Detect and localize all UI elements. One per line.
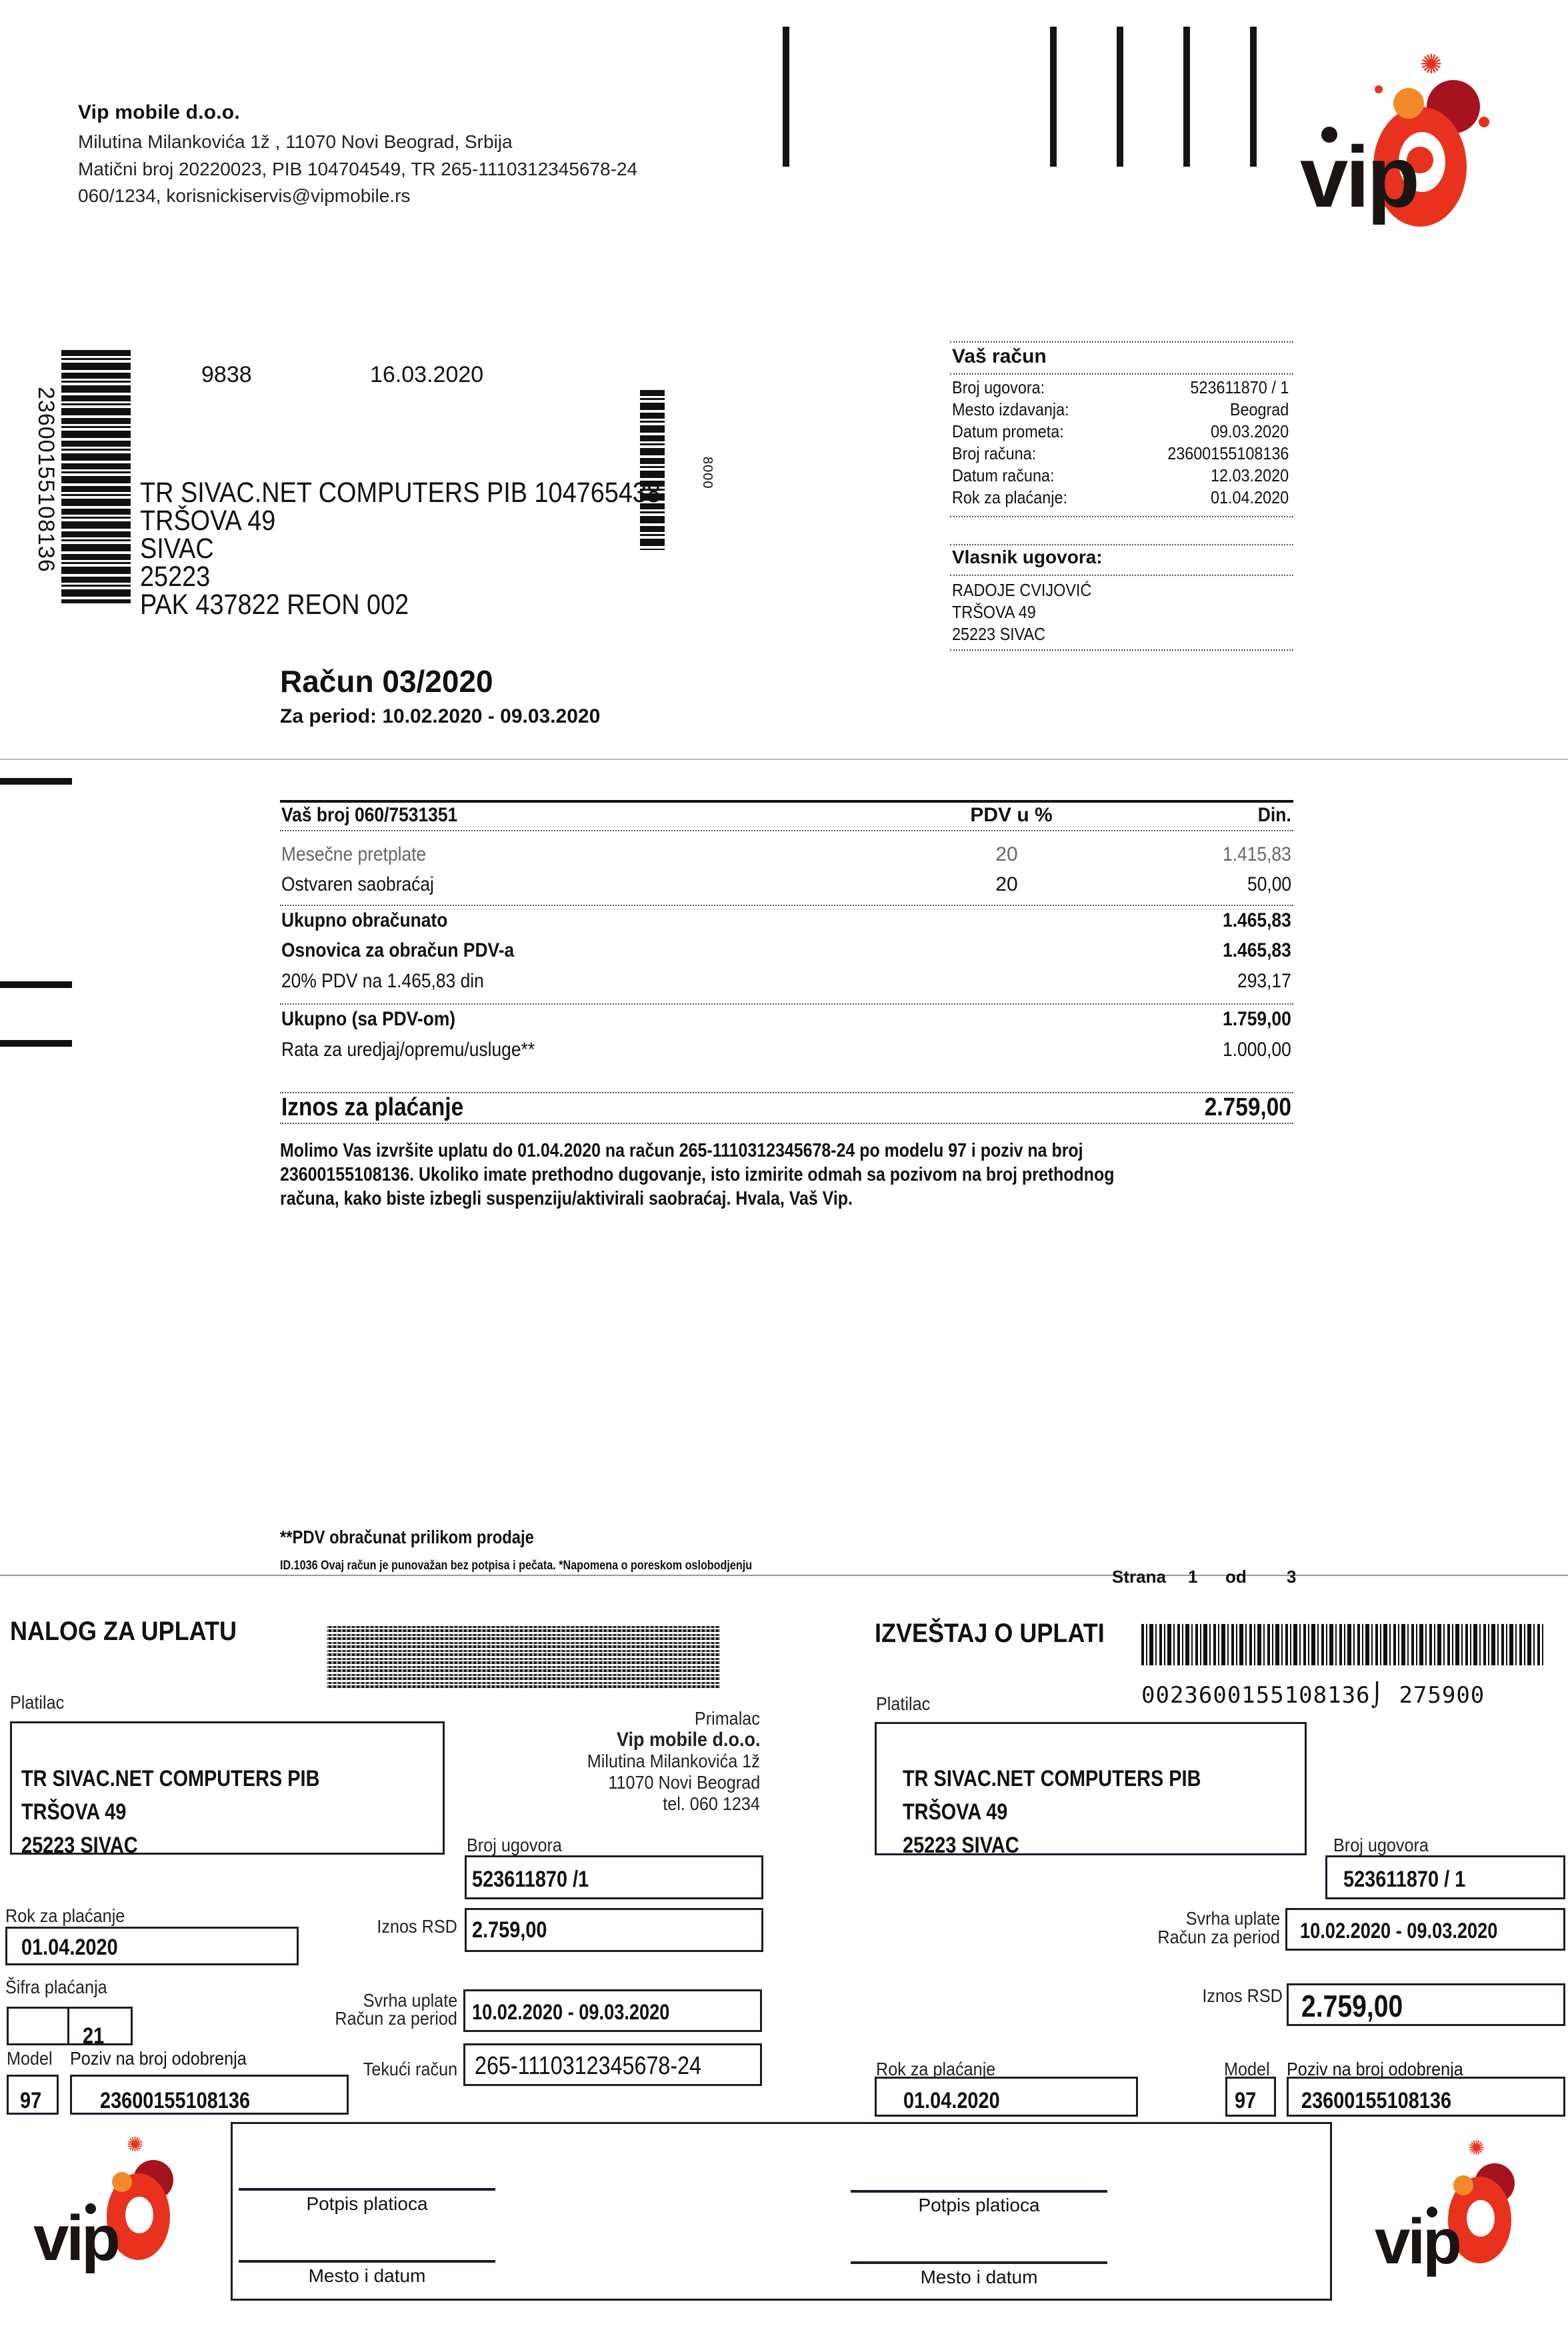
report-contract-label: Broj ugovora [1333, 1835, 1429, 1856]
payer-line: TRŠOVA 49 [21, 1795, 126, 1829]
reference-value: 23600155108136 [100, 2088, 250, 2114]
purpose-label-2: Račun za period [335, 2008, 457, 2029]
recipient-label: Primalac [695, 1708, 760, 1729]
purpose-value: 10.02.2020 - 09.03.2020 [472, 2000, 669, 2025]
payment-code-value: 21 [83, 2023, 104, 2049]
ocr-line: 0023600155108136⌡ 275900 [1141, 1682, 1485, 1709]
registration-mark [1117, 27, 1123, 167]
place-date-line[interactable] [239, 2260, 495, 2263]
account-value: 265-1110312345678-24 [475, 2052, 701, 2081]
margin-mark [0, 1040, 72, 1047]
contract-value: 523611870 /1 [472, 1867, 589, 1893]
small-barcode [640, 390, 665, 550]
company-ids: Matični broj 20220023, PIB 104704549, TR… [78, 159, 637, 180]
page-total: 3 [1287, 1567, 1296, 1587]
report-purpose-label-2: Račun za period [1157, 1927, 1280, 1948]
invoice-info-row: Broj računa:23600155108136 [952, 443, 1289, 464]
invoice-info-row: Mesto izdavanja:Beograd [952, 399, 1289, 420]
report-payer-label: Platilac [876, 1693, 930, 1715]
payment-code-field-1[interactable] [7, 2007, 69, 2045]
signature-label: Potpis platioca [239, 2193, 495, 2215]
model-label: Model [7, 2048, 53, 2069]
page-of: od [1225, 1567, 1247, 1587]
payment-report-title: IZVEŠTAJ O UPLATI [875, 1619, 1105, 1649]
report-place-date-label: Mesto i datum [851, 2267, 1107, 2288]
small-barcode-number: 8000 [699, 457, 715, 489]
company-address: Milutina Milankovića 1ž , 11070 Novi Beo… [78, 131, 513, 153]
margin-mark [0, 778, 72, 785]
report-signature-label: Potpis platioca [851, 2195, 1107, 2216]
report-amount-label: Iznos RSD [1203, 1985, 1283, 2007]
page-current: 1 [1188, 1567, 1197, 1587]
invoice-info-row: Datum računa:12.03.2020 [952, 465, 1289, 486]
vip-logo-bottom-right: ✺ vip [1375, 2143, 1535, 2290]
amount-value: 2.759,00 [472, 1917, 547, 1943]
vip-logo-bottom-left: ✺ vip [33, 2140, 193, 2287]
page-label: Strana [1112, 1567, 1166, 1587]
company-name: Vip mobile d.o.o. [78, 101, 240, 124]
report-reference-value: 23600155108136 [1301, 2088, 1451, 2114]
barcode-number: 23600155108136 [33, 387, 59, 573]
margin-mark [0, 981, 72, 988]
invoice-info-row: Datum prometa:09.03.2020 [952, 421, 1289, 442]
vertical-barcode [61, 350, 131, 603]
recipient-line: Milutina Milankovića 1ž [587, 1751, 760, 1772]
star-icon: ✺ [1420, 49, 1443, 80]
owner-line: RADOJE CVIJOVIĆ [952, 580, 1091, 601]
pdf417-barcode [327, 1624, 720, 1688]
report-place-date-line[interactable] [851, 2261, 1107, 2264]
recipient-name: Vip mobile d.o.o. [616, 1729, 760, 1751]
owner-line: TRŠOVA 49 [952, 602, 1036, 623]
mailing-code: 9838 [201, 362, 252, 388]
report-signature-line[interactable] [851, 2190, 1107, 2193]
invoice-period: Za period: 10.02.2020 - 09.03.2020 [280, 705, 600, 728]
reference-label: Poziv na broj odobrenja [70, 2048, 247, 2069]
report-payer-line: TR SIVAC.NET COMPUTERS PIB [903, 1762, 1201, 1795]
payment-code-label: Šifra plaćanja [5, 1977, 107, 1998]
invoice-info-title: Vaš račun [952, 345, 1047, 368]
signature-line[interactable] [239, 2188, 495, 2191]
address-line: PAK 437822 REON 002 [140, 591, 409, 619]
payment-instructions: Molimo Vas izvršite uplatu do 01.04.2020… [280, 1139, 1175, 1211]
linear-barcode [1141, 1624, 1545, 1665]
report-model-value: 97 [1235, 2088, 1256, 2114]
mailing-date: 16.03.2020 [370, 362, 483, 388]
owner-line: 25223 SIVAC [952, 624, 1045, 645]
vat-note: **PDV obračunat prilikom prodaje [280, 1527, 534, 1548]
legal-note: ID.1036 Ovaj račun je punovažan bez potp… [280, 1559, 752, 1573]
contract-label: Broj ugovora [467, 1835, 562, 1856]
report-purpose-value: 10.02.2020 - 09.03.2020 [1300, 1919, 1497, 1943]
address-line: 25223 [140, 563, 210, 591]
payer-line: TR SIVAC.NET COMPUTERS PIB [21, 1762, 319, 1795]
invoice-title: Račun 03/2020 [280, 663, 493, 699]
account-label: Tekući račun [363, 2059, 457, 2080]
amount-label: Iznos RSD [377, 1916, 457, 1937]
payer-label: Platilac [10, 1692, 64, 1713]
due-label: Rok za plaćanje [5, 1905, 125, 1927]
invoice-info-row: Rok za plaćanje:01.04.2020 [952, 487, 1289, 508]
owner-title: Vlasnik ugovora: [952, 547, 1103, 568]
address-line: SIVAC [140, 535, 214, 563]
report-payer-line: TRŠOVA 49 [903, 1795, 1007, 1829]
model-value: 97 [20, 2088, 41, 2114]
registration-mark [1183, 27, 1190, 167]
report-payer-line: 25223 SIVAC [903, 1829, 1019, 1862]
report-contract-value: 523611870 / 1 [1343, 1867, 1465, 1893]
registration-mark [1250, 27, 1257, 167]
report-due-value: 01.04.2020 [903, 2088, 1000, 2114]
place-date-label: Mesto i datum [239, 2265, 495, 2287]
company-contact: 060/1234, korisnickiservis@vipmobile.rs [78, 185, 410, 207]
due-value: 01.04.2020 [21, 1935, 118, 1961]
vip-logo: ✺ vip [1300, 53, 1513, 233]
registration-mark [783, 27, 789, 167]
recipient-line: 11070 Novi Beograd [608, 1772, 760, 1793]
registration-mark [1050, 27, 1057, 167]
recipient-line: tel. 060 1234 [663, 1793, 760, 1815]
address-line: TRŠOVA 49 [140, 507, 275, 535]
payer-line: 25223 SIVAC [21, 1829, 138, 1862]
invoice-info-row: Broj ugovora:523611870 / 1 [952, 377, 1289, 398]
address-line: TR SIVAC.NET COMPUTERS PIB 104765438 [140, 479, 661, 507]
payment-order-title: NALOG ZA UPLATU [10, 1617, 237, 1647]
report-amount-value: 2.759,00 [1301, 1988, 1403, 2024]
